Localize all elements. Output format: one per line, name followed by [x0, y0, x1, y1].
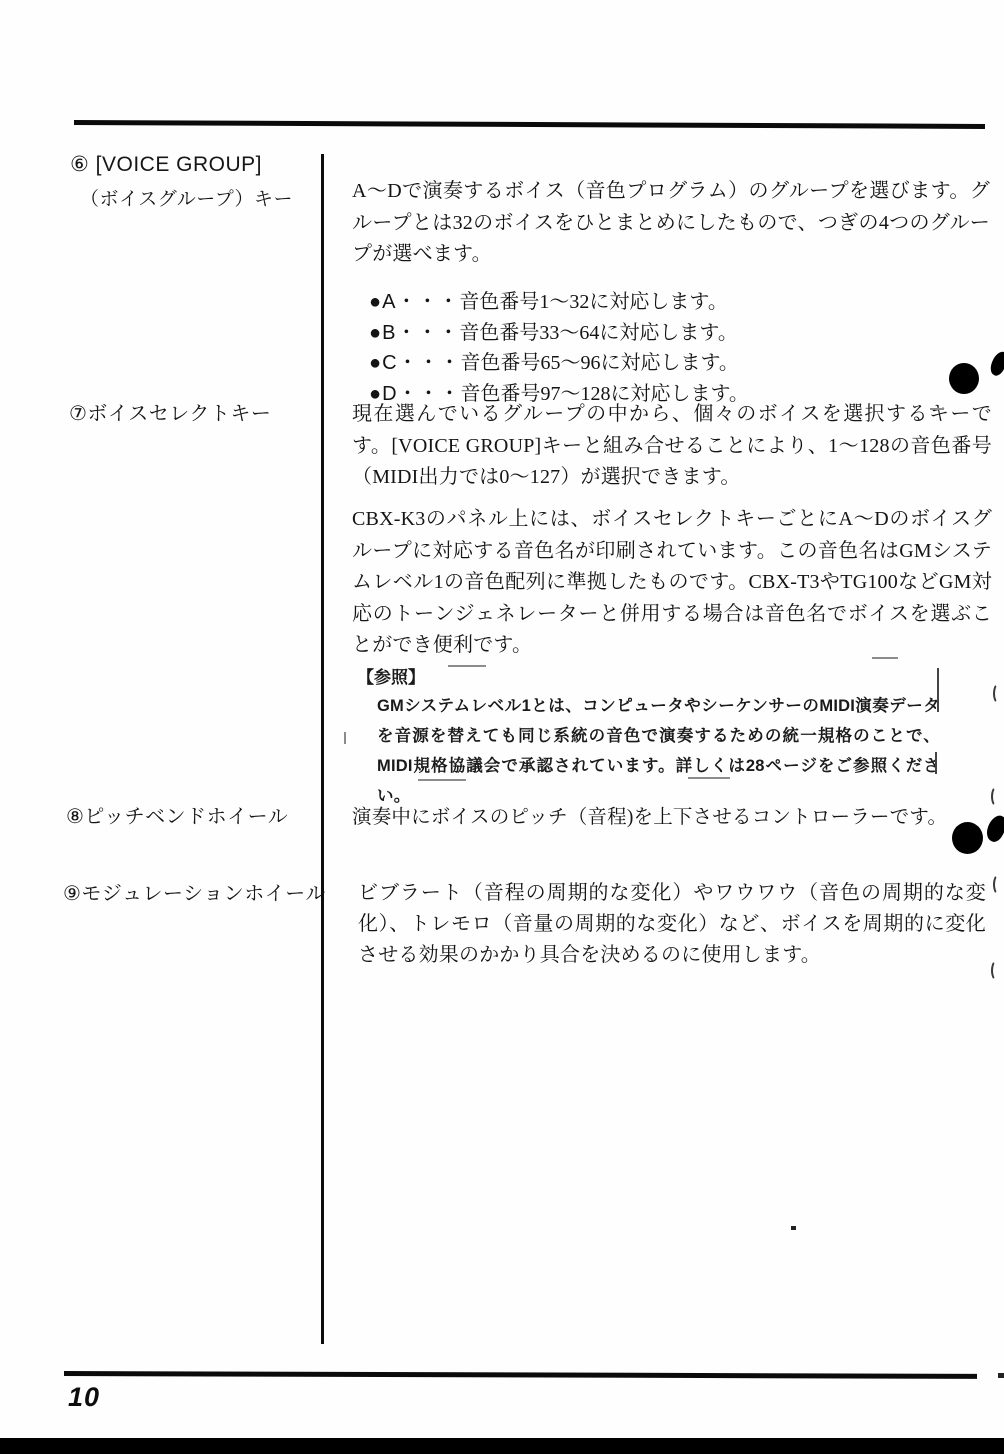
manual-page: ⑥ [VOICE GROUP] （ボイスグループ）キー ⑦ボイスセレクトキー ⑧…	[0, 0, 1004, 1454]
section-heading-pitch-bend: ⑧ピッチベンドホイール	[66, 800, 288, 829]
scan-dot-artifact	[952, 822, 983, 854]
scan-dash-artifact	[930, 408, 944, 410]
reference-note-title: 【参照】	[357, 663, 425, 688]
bullet-b-marker: ●B・・・	[369, 322, 459, 344]
bullet-group-b: ●B・・・音色番号33～64に対応します。	[369, 316, 749, 347]
scan-speck-artifact	[998, 1373, 1004, 1378]
bullet-b-text: 音色番号33～64に対応します。	[459, 322, 737, 344]
voice-select-paragraph-2: CBX-K3のパネル上には、ボイスセレクトキーごとにA～Dのボイスグループに対応…	[352, 504, 992, 662]
section-heading-voice-group: ⑥ [VOICE GROUP]	[70, 152, 262, 177]
box-border-fragment	[344, 732, 346, 744]
scan-speck-artifact	[791, 1226, 796, 1230]
bullet-a-text: 音色番号1～32に対応します。	[459, 291, 727, 313]
page-number: 10	[68, 1382, 100, 1413]
top-rule	[74, 120, 985, 129]
reference-note-box: 【参照】 GMシステムレベル1とは、コンピュータやシーケンサーのMIDI演奏デー…	[352, 658, 944, 780]
voice-select-paragraph-1: 現在選んでいるグループの中から、個々のボイスを選択するキーです。[VOICE G…	[352, 399, 992, 494]
column-divider	[321, 154, 324, 1344]
box-border-fragment	[418, 779, 466, 781]
bullet-group-a: ●A・・・音色番号1～32に対応します。	[369, 285, 749, 316]
section-subheading-voice-group: （ボイスグループ）キー	[80, 184, 293, 211]
box-border-fragment	[448, 665, 486, 667]
page-bleed-mark	[991, 960, 1002, 981]
section-heading-modulation: ⑨モジュレーションホイール	[63, 877, 326, 906]
bottom-rule	[64, 1371, 977, 1379]
bullet-c-marker: ●C・・・	[369, 352, 461, 374]
bottom-black-bar	[0, 1438, 1004, 1454]
box-border-fragment	[937, 668, 939, 712]
reference-note-body: GMシステムレベル1とは、コンピュータやシーケンサーのMIDI演奏データを音源を…	[377, 691, 940, 811]
scan-swoosh-artifact	[987, 349, 1004, 378]
voice-group-bullet-list: ●A・・・音色番号1～32に対応します。 ●B・・・音色番号33～64に対応しま…	[369, 285, 749, 407]
bullet-a-marker: ●A・・・	[369, 291, 459, 313]
page-bleed-mark	[993, 683, 1004, 704]
voice-group-intro-paragraph: A～Dで演奏するボイス（音色プログラム）のグループを選びます。グループとは32の…	[352, 176, 990, 271]
bullet-c-text: 音色番号65～96に対応します。	[461, 352, 739, 374]
bullet-group-c: ●C・・・音色番号65～96に対応します。	[369, 346, 749, 377]
modulation-paragraph: ビブラート（音程の周期的な変化）やワウワウ（音色の周期的な変化）、トレモロ（音量…	[358, 878, 986, 971]
box-border-fragment	[935, 752, 937, 774]
scan-dot-artifact	[949, 363, 979, 394]
box-border-fragment	[688, 777, 730, 779]
section-heading-voice-select: ⑦ボイスセレクトキー	[69, 397, 271, 426]
page-bleed-mark	[991, 786, 1002, 807]
pitch-bend-paragraph: 演奏中にボイスのピッチ（音程)を上下させるコントローラーです。	[352, 802, 1000, 834]
page-bleed-mark	[993, 874, 1004, 895]
box-border-fragment	[872, 657, 898, 659]
